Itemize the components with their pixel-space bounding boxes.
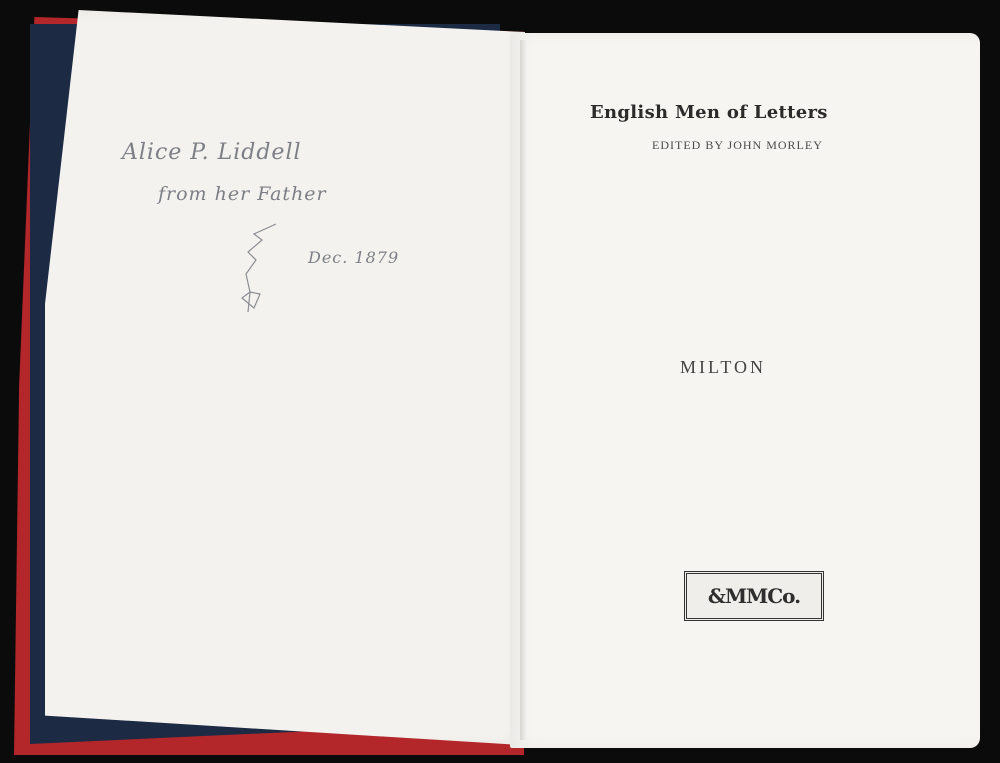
editor-line: EDITED BY JOHN MORLEY [652, 138, 823, 153]
inscription-name: Alice P. Liddell [122, 140, 302, 165]
publisher-logo: &MMCo. [684, 571, 824, 621]
page-gutter [520, 40, 526, 740]
series-title: English Men of Letters [590, 102, 828, 123]
inscription-from: from her Father [158, 183, 327, 205]
publisher-mark: &MMCo. [708, 584, 800, 608]
pencil-sketch-icon [236, 222, 296, 317]
left-page [45, 10, 525, 745]
book-title: MILTON [680, 357, 766, 378]
inscription-date: Dec. 1879 [308, 248, 399, 267]
